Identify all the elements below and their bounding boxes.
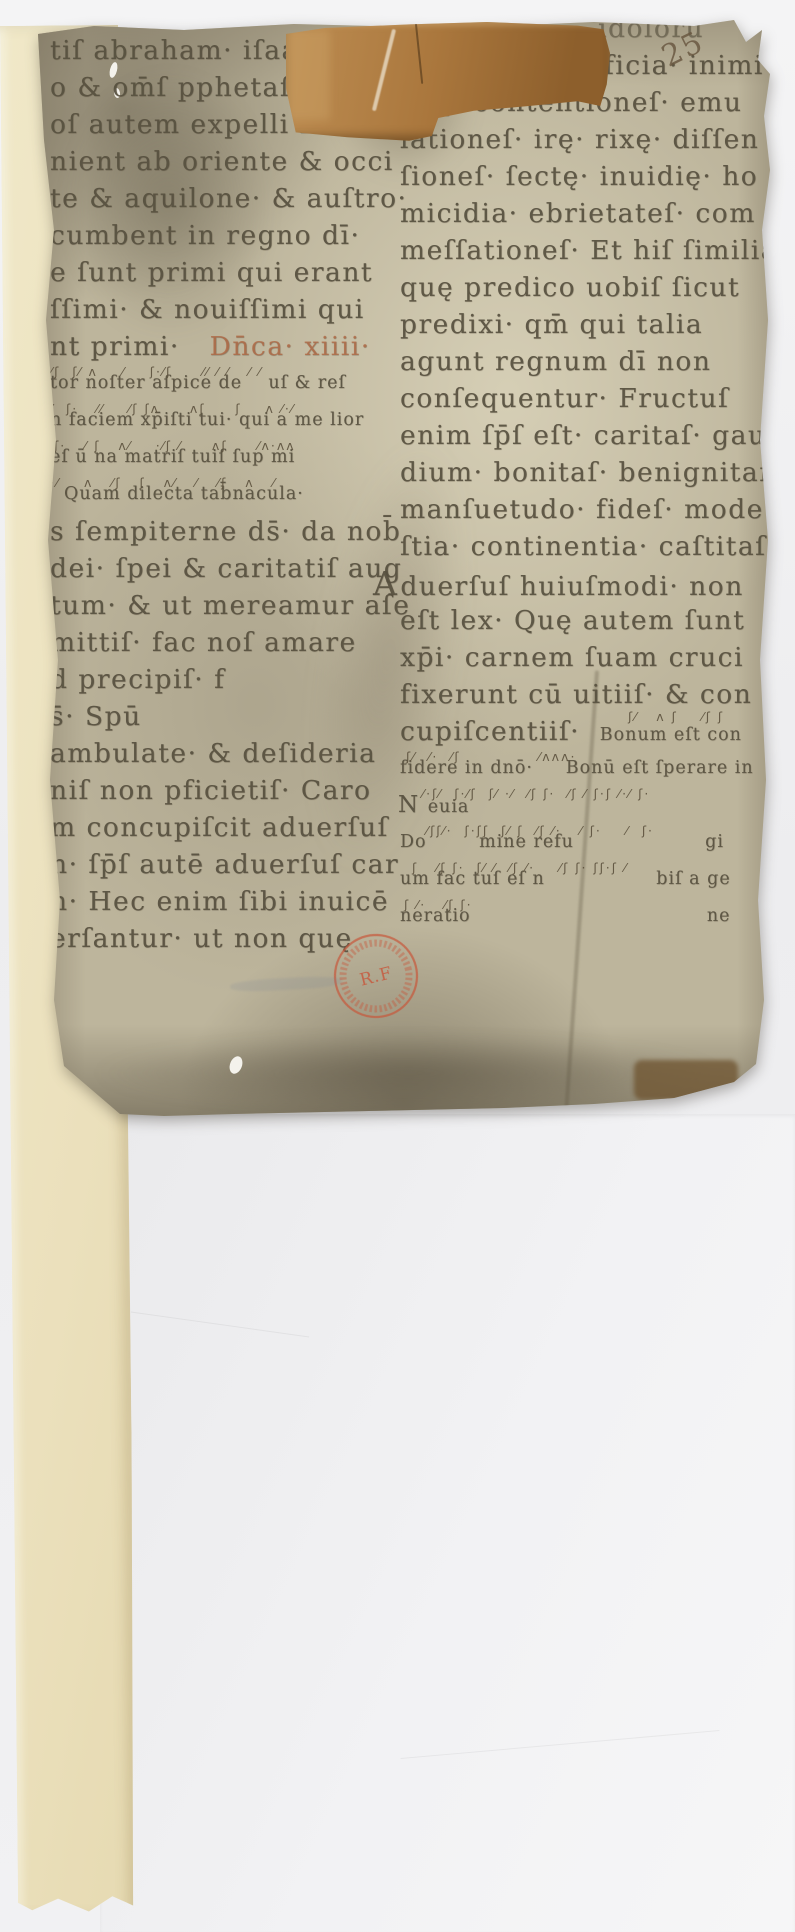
initial-letter: N bbox=[398, 792, 419, 818]
text-line: ⁄ʃ ʃ⁄ ʌ ⁄ ʃ·⁄ʃ ⁄⁄ ⁄ ⁄ ⁄ ⁄tor noſter aſpi… bbox=[50, 365, 422, 402]
line-text: agunt regnum dī non bbox=[400, 346, 711, 377]
tape-tear bbox=[415, 22, 423, 84]
line-text: cumbent in regno dī· bbox=[50, 220, 360, 251]
text-line: niſ non pficietiſ· Caro bbox=[50, 772, 422, 809]
line-text: micidia· ebrietateſ· com bbox=[400, 198, 756, 229]
text-line: quę predico uobiſ ſicut bbox=[400, 269, 786, 306]
text-line: n· Hec enim ſibi inuicē bbox=[50, 883, 422, 920]
line-text: enim ſp̄ſ eſt· caritaſ· gau bbox=[400, 420, 767, 451]
text-line: ʃ ⁄ʃ ʃ· ʃ⁄ ⁄ ⁄ʃ ⁄· ⁄ʃ ʃ· ʃʃ·ʃ ⁄um fac tu… bbox=[400, 861, 786, 898]
text-line: enim ſp̄ſ eſt· caritaſ· gau bbox=[400, 417, 786, 454]
line-text: fixerunt cū uitiiſ· & con bbox=[400, 679, 752, 710]
text-line: n· ſp̄ſ autē aduerſuſ car bbox=[50, 846, 422, 883]
text-line: ſſimi· & nouiſſimi qui bbox=[50, 291, 422, 328]
text-line: ʃ⁄ ʌ ʃ ⁄ʃ ʃcupiſcentiiſ· Bonum eſt con bbox=[400, 713, 786, 750]
neume-marks: ⁄ʃ· ⁄ ʃ ʌ⁄ ·⁄ʃ ⁄ ʌʃ ⁄ʌ·ʌʌ bbox=[50, 440, 296, 453]
line-text: s̄· Spū bbox=[50, 701, 142, 732]
line-text: meſſationeſ· Et hiſ ſimilia bbox=[400, 235, 778, 266]
text-line: nt primi· Dn̄ca· xiiii· bbox=[50, 328, 422, 365]
text-line: cumbent in regno dī· bbox=[50, 217, 422, 254]
text-line: meſſationeſ· Et hiſ ſimilia bbox=[400, 232, 786, 269]
text-line: d precipiſ· f bbox=[50, 661, 422, 698]
neume-marks: ⁄ ʃ· ⁄⁄ ⁄ʃ ʃʌ ʌʃ ʃ ʌ ⁄·⁄ bbox=[50, 403, 295, 416]
left-text-column: tiſ abraham· iſaac· &o & om̄ſ pphetaſ in… bbox=[50, 32, 422, 957]
line-text: m concupiſcit aduerſuſ bbox=[50, 812, 389, 843]
line-text: n· ſp̄ſ autē aduerſuſ car bbox=[50, 849, 399, 880]
right-text-column: idolorūficia· inimicię· contentioneſ· em… bbox=[400, 10, 786, 935]
line-text: d precipiſ· f bbox=[50, 664, 225, 695]
parchment-leaf: tiſ abraham· iſaac· &o & om̄ſ pphetaſ in… bbox=[34, 20, 774, 1124]
text-line: s ſempiterne ds̄· da nob̄ bbox=[50, 513, 422, 550]
text-line: manſuetudo· fideſ· mode bbox=[400, 491, 786, 528]
stain-dark-brown bbox=[634, 1060, 738, 1100]
text-line: lationeſ· irę· rixę· diſſen bbox=[400, 121, 786, 158]
line-text: nt primi· bbox=[50, 331, 180, 362]
stamp-letters: R.F bbox=[358, 963, 395, 990]
line-text: conſequentur· Fructuſ bbox=[400, 383, 729, 414]
line-text: cupiſcentiiſ· bbox=[400, 716, 580, 747]
line-text: s ſempiterne ds̄· da nob̄ bbox=[50, 516, 401, 547]
stain bbox=[94, 1036, 724, 1110]
rubric-text: Dn̄ca· xiiii· bbox=[180, 331, 371, 362]
text-line: s̄· Spū bbox=[50, 698, 422, 735]
line-text: duerſuſ huiuſmodi· non bbox=[400, 571, 743, 602]
line-text: erſantur· ut non quę bbox=[50, 923, 353, 954]
line-text: manſuetudo· fideſ· mode bbox=[400, 494, 764, 525]
line-text: dium· bonitaſ· benignitaſ· bbox=[400, 457, 780, 488]
tape-worn-patch bbox=[284, 30, 330, 120]
line-text: eſt lex· Quę autem ſunt bbox=[400, 605, 745, 636]
line-text: mittiſ· fac noſ amare bbox=[50, 627, 357, 658]
tape-tear bbox=[372, 29, 396, 111]
text-line: e ſunt primi qui erant bbox=[50, 254, 422, 291]
text-line: ⁄·ʃ⁄ ʃ·⁄ʃ ʃ⁄ ·⁄ ⁄ʃ ʃ· ⁄ʃ ⁄ ʃ·ʃ ⁄·⁄ ʃ·N e… bbox=[400, 787, 786, 824]
text-line: fixerunt cū uitiiſ· & con bbox=[400, 676, 786, 713]
small-script-suffix: Bonum eſt con bbox=[580, 725, 742, 745]
text-line: ʃ ⁄· ⁄ʃ ʃ·neratio ne bbox=[400, 898, 786, 935]
text-line: ⁄ ʃ· ⁄⁄ ⁄ʃ ʃʌ ʌʃ ʃ ʌ ⁄·⁄n faciem xp̄iſti… bbox=[50, 402, 422, 439]
line-text: lationeſ· irę· rixę· diſſen bbox=[400, 124, 759, 155]
text-line: xp̄i· carnem ſuam cruci bbox=[400, 639, 786, 676]
text-line: te & aquilone· & auſtro· bbox=[50, 180, 422, 217]
neume-marks: ʃ⁄ ʌ ʃ ⁄ʃ ʃ bbox=[628, 711, 724, 724]
text-line: conſequentur· Fructuſ bbox=[400, 380, 786, 417]
text-line: Aduerſuſ huiuſmodi· non bbox=[400, 565, 786, 602]
text-line: ⁄ʃ· ⁄ ʃ ʌ⁄ ·⁄ʃ ⁄ ʌʃ ⁄ʌ·ʌʌeſ ū na matriſ … bbox=[50, 439, 422, 476]
text-line: ſtia· continentia· caſtitaſ· bbox=[400, 528, 786, 565]
text-line: agunt regnum dī non bbox=[400, 343, 786, 380]
text-line: tum· & ut mereamur aſe bbox=[50, 587, 422, 624]
line-text: xp̄i· carnem ſuam cruci bbox=[400, 642, 744, 673]
neume-marks: ʃ ⁄ʃ ʃ· ʃ⁄ ⁄ ⁄ʃ ⁄· ⁄ʃ ʃ· ʃʃ·ʃ ⁄ bbox=[412, 862, 628, 875]
line-text: ſſimi· & nouiſſimi qui bbox=[50, 294, 365, 325]
line-text: predixi· qm̄ qui talia bbox=[400, 309, 703, 340]
line-text: nient ab oriente & occi bbox=[50, 146, 394, 177]
text-line: predixi· qm̄ qui talia bbox=[400, 306, 786, 343]
neume-marks: ʃ ⁄· ⁄ʃ ʃ· bbox=[404, 899, 473, 912]
text-line: ʃ⁄ ⁄· ⁄ʃ ⁄ʌʌʌ·fidere in dnō· Bonū eſt ſp… bbox=[400, 750, 786, 787]
neume-marks: ·⁄ ʌ ⁄ʃ ʃ ʌ⁄ ⁄ ⁄ʃ ʌ ⁄ bbox=[50, 477, 277, 490]
line-text: quę predico uobiſ ſicut bbox=[400, 272, 740, 303]
text-line: ambulate· & deſideria bbox=[50, 735, 422, 772]
parchment-wrap: tiſ abraham· iſaac· &o & om̄ſ pphetaſ in… bbox=[34, 20, 774, 1124]
text-line: ·⁄ ʌ ⁄ʃ ʃ ʌ⁄ ⁄ ⁄ʃ ʌ ⁄Quam dilecta tab̄na… bbox=[50, 476, 422, 513]
white-backing-sheet bbox=[100, 1114, 795, 1932]
line-text: niſ non pficietiſ· Caro bbox=[50, 775, 372, 806]
line-text: te & aquilone· & auſtro· bbox=[50, 183, 407, 214]
text-line: dium· bonitaſ· benignitaſ· bbox=[400, 454, 786, 491]
text-line: m concupiſcit aduerſuſ bbox=[50, 809, 422, 846]
text-line: dei· ſpei & caritatiſ aug bbox=[50, 550, 422, 587]
line-text: e ſunt primi qui erant bbox=[50, 257, 373, 288]
pencil-smudge bbox=[230, 975, 342, 993]
paper-crease bbox=[131, 1311, 309, 1337]
text-line: ⁄ʃʃ⁄· ʃ·ʃʃ ʃ⁄ ʃ ⁄ʃ ⁄· ⁄ ʃ· ⁄ ʃ·Do mine r… bbox=[400, 824, 786, 861]
neume-marks: ⁄·ʃ⁄ ʃ·⁄ʃ ʃ⁄ ·⁄ ⁄ʃ ʃ· ⁄ʃ ⁄ ʃ·ʃ ⁄·⁄ ʃ· bbox=[422, 788, 650, 801]
text-line: nient ab oriente & occi bbox=[50, 143, 422, 180]
text-line: ſioneſ· ſectę· inuidię· ho bbox=[400, 158, 786, 195]
neume-marks: ⁄ʃʃ⁄· ʃ·ʃʃ ʃ⁄ ʃ ⁄ʃ ⁄· ⁄ ʃ· ⁄ ʃ· bbox=[426, 825, 654, 838]
neume-marks: ʃ⁄ ⁄· ⁄ʃ ⁄ʌʌʌ· bbox=[406, 751, 576, 764]
line-text: tum· & ut mereamur aſe bbox=[50, 590, 410, 621]
line-text: n· Hec enim ſibi inuicē bbox=[50, 886, 389, 917]
text-line: mittiſ· fac noſ amare bbox=[50, 624, 422, 661]
line-text: ſtia· continentia· caſtitaſ· bbox=[400, 531, 776, 562]
paper-crease bbox=[401, 1730, 720, 1759]
line-text: ſioneſ· ſectę· inuidię· ho bbox=[400, 161, 758, 192]
text-line: eſt lex· Quę autem ſunt bbox=[400, 602, 786, 639]
neume-marks: ⁄ʃ ʃ⁄ ʌ ⁄ ʃ·⁄ʃ ⁄⁄ ⁄ ⁄ ⁄ ⁄ bbox=[50, 366, 262, 379]
manuscript-photo: tiſ abraham· iſaac· &o & om̄ſ pphetaſ in… bbox=[0, 0, 795, 1932]
line-text: ambulate· & deſideria bbox=[50, 738, 376, 769]
initial-letter: A bbox=[373, 564, 398, 603]
text-line: micidia· ebrietateſ· com bbox=[400, 195, 786, 232]
line-text: dei· ſpei & caritatiſ aug bbox=[50, 553, 402, 584]
